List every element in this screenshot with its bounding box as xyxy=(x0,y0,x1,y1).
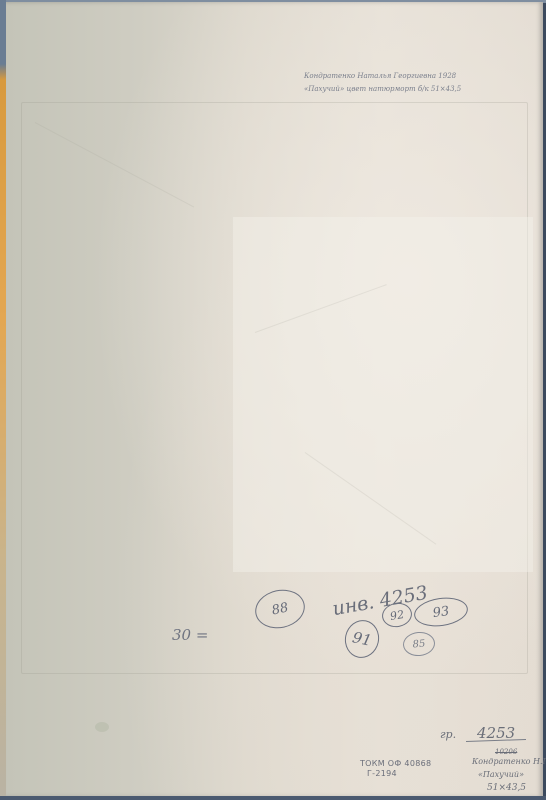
stain xyxy=(95,722,109,732)
top-inscription: Кондратенко Наталья Георгиевна 1928 «Пах… xyxy=(304,70,461,96)
top-inscription-line2: «Пахучий» цвет натюрморт б/к 51×43,5 xyxy=(304,83,461,96)
struck-number: 10206 xyxy=(495,748,517,756)
artwork-size: 51×43,5 xyxy=(487,783,526,793)
faded-panel xyxy=(233,217,533,572)
gr-label: гр. xyxy=(440,728,456,741)
author-name: Кондратенко Н.Г. xyxy=(472,757,546,766)
paper-sheet xyxy=(5,2,543,797)
artwork-title: «Пахучий» xyxy=(478,770,524,779)
top-inscription-line1: Кондратенко Наталья Георгиевна 1928 xyxy=(304,70,461,83)
bottom-edge xyxy=(0,796,546,800)
number-30: 30 = xyxy=(172,626,208,644)
left-edge xyxy=(0,0,6,800)
museum-stamp-line2: Г-2194 xyxy=(367,768,397,779)
